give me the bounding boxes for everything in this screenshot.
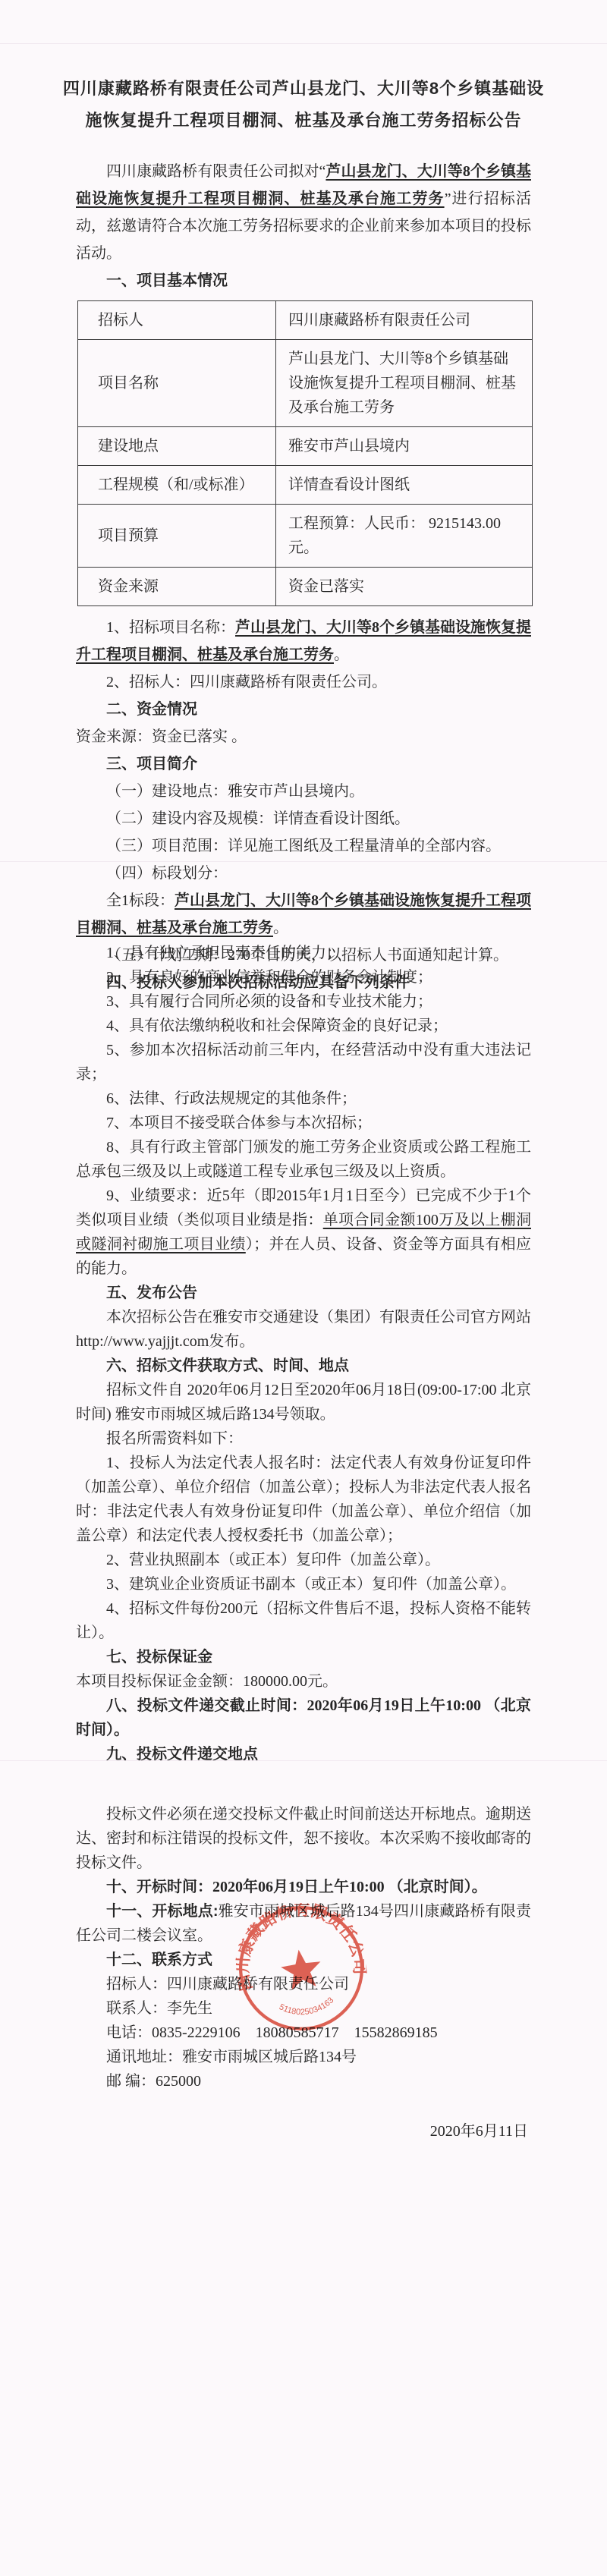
contact-phone: 电话：0835-2229106 18080585717 15582869185	[0, 2021, 607, 2045]
section6-heading: 六、招标文件获取方式、时间、地点	[0, 1354, 607, 1378]
project-info-table-wrap: 招标人 四川康藏路桥有限责任公司 项目名称 芦山县龙门、大川等8个乡镇基础设施恢…	[77, 300, 607, 606]
section10-value: 2020年06月19日上午10:00 （北京时间）。	[212, 1879, 487, 1895]
issue-date: 2020年6月11日	[0, 2119, 607, 2144]
registration-doc-item: 3、建筑业企业资质证书副本（或正本）复印件（加盖公章）。	[0, 1572, 607, 1596]
row-label: 资金来源	[78, 568, 276, 606]
row-label: 项目名称	[78, 340, 276, 427]
section7-body: 本项目投标保证金金额：180000.00元。	[0, 1669, 607, 1694]
page-1: 四川康藏路桥有限责任公司芦山县龙门、大川等8个乡镇基础设 施恢复提升工程项目棚洞…	[0, 0, 607, 861]
qualification-item: 7、本项目不接受联合体参与本次招标；	[0, 1111, 607, 1135]
intro-paragraph: 四川康藏路桥有限责任公司拟对“芦山县龙门、大川等8个乡镇基础设施恢复提升工程项目…	[0, 158, 607, 267]
row-value: 资金已落实	[276, 568, 533, 606]
project-info-table: 招标人 四川康藏路桥有限责任公司 项目名称 芦山县龙门、大川等8个乡镇基础设施恢…	[77, 300, 533, 606]
section10-line: 十、开标时间：2020年06月19日上午10:00 （北京时间）。	[0, 1875, 607, 1899]
section12-heading: 十二、联系方式	[0, 1948, 607, 1972]
section3-item: （二）建设内容及规模：详情查看设计图纸。	[0, 805, 607, 832]
row-value: 芦山县龙门、大川等8个乡镇基础设施恢复提升工程项目棚洞、桩基及承台施工劳务	[276, 340, 533, 427]
row-value: 四川康藏路桥有限责任公司	[276, 301, 533, 340]
section3-item: （三）项目范围：详见施工图纸及工程量清单的全部内容。	[0, 832, 607, 860]
section10-heading: 十、开标时间：	[106, 1879, 212, 1895]
row-label: 项目预算	[78, 505, 276, 568]
section11-heading: 十一、开标地点:	[106, 1903, 219, 1920]
item-tender-project-name: 1、招标项目名称：芦山县龙门、大川等8个乡镇基础设施恢复提升工程项目棚洞、桩基及…	[0, 614, 607, 668]
table-row: 项目名称 芦山县龙门、大川等8个乡镇基础设施恢复提升工程项目棚洞、桩基及承台施工…	[78, 340, 533, 427]
item1-post: 。	[334, 646, 349, 663]
qualification-item: 8、具有行政主管部门颁发的施工劳务企业资质或公路工程施工总承包三级及以上或隧道工…	[0, 1135, 607, 1184]
doc-title-line1: 四川康藏路桥有限责任公司芦山县龙门、大川等8个乡镇基础设	[0, 73, 607, 105]
section3-heading: 三、项目简介	[0, 750, 607, 778]
row-label: 工程规模（和/或标准）	[78, 466, 276, 505]
section6-body: 招标文件自 2020年06月12日至2020年06月18日(09:00-17:0…	[0, 1378, 607, 1426]
contact-postcode: 邮 编：625000	[0, 2069, 607, 2093]
section5-heading: 五、发布公告	[0, 1281, 607, 1305]
section11-line: 十一、开标地点:雅安市雨城区城后路134号四川康藏路桥有限责任公司二楼会议室。	[0, 1899, 607, 1948]
section5-body: 本次招标公告在雅安市交通建设（集团）有限责任公司官方网站http://www.y…	[0, 1305, 607, 1354]
table-row: 项目预算 工程预算：人民币： 9215143.00 元。	[78, 505, 533, 568]
section2-body: 资金来源：资金已落实 。	[0, 723, 607, 750]
page-3: 投标文件必须在递交投标文件截止时间前送达开标地点。逾期送达、密封和标注错误的投标…	[0, 1760, 607, 2576]
section6-note: 报名所需资料如下：	[0, 1426, 607, 1451]
section2-heading: 二、资金情况	[0, 696, 607, 723]
section9-body: 投标文件必须在递交投标文件截止时间前送达开标地点。逾期送达、密封和标注错误的投标…	[0, 1802, 607, 1875]
qualification-item: 4、具有依法缴纳税收和社会保障资金的良好记录；	[0, 1014, 607, 1038]
intro-pre: 四川康藏路桥有限责任公司拟对“	[106, 163, 326, 180]
contact-person: 联系人：李先生	[0, 1996, 607, 2021]
qualification-item: 3、具有履行合同所必须的设备和专业技术能力；	[0, 989, 607, 1014]
registration-doc-item: 2、营业执照副本（或正本）复印件（加盖公章）。	[0, 1548, 607, 1572]
contact-tenderer: 招标人：四川康藏路桥有限责任公司	[0, 1972, 607, 1996]
row-label: 招标人	[78, 301, 276, 340]
qualification-item: 6、法律、行政法规规定的其他条件；	[0, 1087, 607, 1111]
table-row: 建设地点 雅安市芦山县境内	[78, 427, 533, 466]
registration-doc-item: 1、投标人为法定代表人报名时：法定代表人有效身份证复印件（加盖公章）、单位介绍信…	[0, 1451, 607, 1548]
qualification-item: 2、具有良好的商业信誉和健全的财务会计制度；	[0, 965, 607, 989]
qualification-item: 1、具有独立承担民事责任的能力；	[0, 941, 607, 965]
section1-heading: 一、项目基本情况	[0, 267, 607, 294]
table-row: 资金来源 资金已落实	[78, 568, 533, 606]
section3-item: （一）建设地点：雅安市芦山县境内。	[0, 778, 607, 805]
table-row: 招标人 四川康藏路桥有限责任公司	[78, 301, 533, 340]
section7-heading: 七、投标保证金	[0, 1645, 607, 1669]
row-value: 工程预算：人民币： 9215143.00 元。	[276, 505, 533, 568]
doc-title-line2: 施恢复提升工程项目棚洞、桩基及承台施工劳务招标公告	[0, 105, 607, 137]
registration-doc-item: 4、招标文件每份200元（招标文件售后不退，投标人资格不能转让）。	[0, 1596, 607, 1645]
section8-line: 八、投标文件递交截止时间：2020年06月19日上午10:00 （北京时间）。	[0, 1694, 607, 1742]
row-value: 详情查看设计图纸	[276, 466, 533, 505]
contact-address: 通讯地址：雅安市雨城区城后路134号	[0, 2045, 607, 2069]
section8-heading: 八、投标文件递交截止时间：	[106, 1697, 307, 1714]
qualification-item-9: 9、业绩要求：近5年（即2015年1月1日至今）已完成不少于1个类似项目业绩（类…	[0, 1184, 607, 1281]
item-tenderer: 2、招标人：四川康藏路桥有限责任公司。	[0, 668, 607, 696]
item1-pre: 1、招标项目名称：	[106, 619, 235, 636]
row-value: 雅安市芦山县境内	[276, 427, 533, 466]
row-label: 建设地点	[78, 427, 276, 466]
qualification-item: 5、参加本次招标活动前三年内，在经营活动中没有重大违法记录；	[0, 1038, 607, 1087]
page-2: 1、具有独立承担民事责任的能力； 2、具有良好的商业信誉和健全的财务会计制度； …	[0, 861, 607, 1760]
scanned-tender-announcement: 四川康藏路桥有限责任公司芦山县龙门、大川等8个乡镇基础设 施恢复提升工程项目棚洞…	[0, 0, 607, 2576]
table-row: 工程规模（和/或标准） 详情查看设计图纸	[78, 466, 533, 505]
